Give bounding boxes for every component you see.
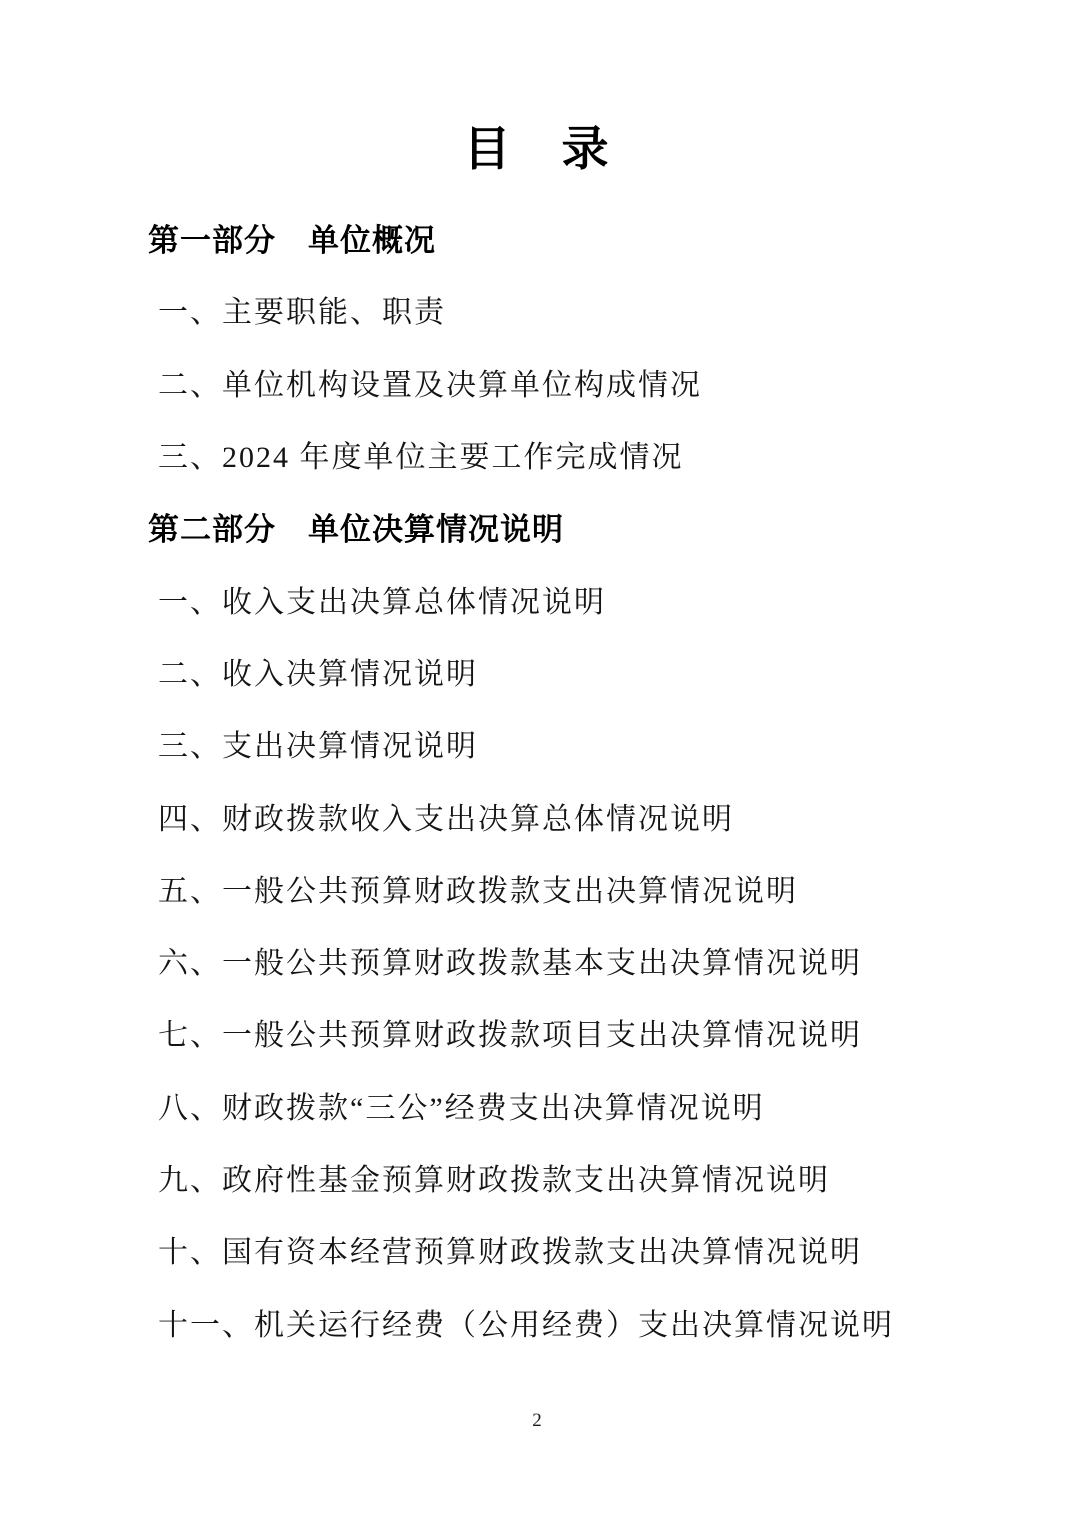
toc-entry: 五、一般公共预算财政拨款支出决算情况说明 (148, 852, 1014, 924)
toc-entry: 六、一般公共预算财政拨款基本支出决算情况说明 (148, 924, 1014, 996)
page-number: 2 (0, 1410, 1074, 1432)
toc-entry: 三、支出决算情况说明 (148, 707, 1014, 779)
toc-entry: 八、财政拨款“三公”经费支出决算情况说明 (148, 1069, 1014, 1141)
document-title: 目 录 (0, 118, 1074, 182)
document-page: 目 录 第一部分 单位概况 一、主要职能、职责 二、单位机构设置及决算单位构成情… (0, 0, 1074, 1520)
toc-entry: 十、国有资本经营预算财政拨款支出决算情况说明 (148, 1213, 1014, 1285)
toc-entry: 一、主要职能、职责 (148, 273, 1014, 345)
toc-entry: 三、2024 年度单位主要工作完成情况 (148, 418, 1014, 490)
toc-entry: 七、一般公共预算财政拨款项目支出决算情况说明 (148, 996, 1014, 1068)
toc-entry: 二、单位机构设置及决算单位构成情况 (148, 346, 1014, 418)
toc-entry: 九、政府性基金预算财政拨款支出决算情况说明 (148, 1141, 1014, 1213)
toc-entry: 二、收入决算情况说明 (148, 635, 1014, 707)
toc-entry: 一、收入支出决算总体情况说明 (148, 562, 1014, 634)
toc-section-heading-part2: 第二部分 单位决算情况说明 (148, 490, 1014, 562)
toc-entry: 四、财政拨款收入支出决算总体情况说明 (148, 779, 1014, 851)
toc-entry: 十一、机关运行经费（公用经费）支出决算情况说明 (148, 1285, 1014, 1357)
toc-section-heading-part1: 第一部分 单位概况 (148, 201, 1014, 273)
table-of-contents: 第一部分 单位概况 一、主要职能、职责 二、单位机构设置及决算单位构成情况 三、… (148, 201, 1014, 1358)
